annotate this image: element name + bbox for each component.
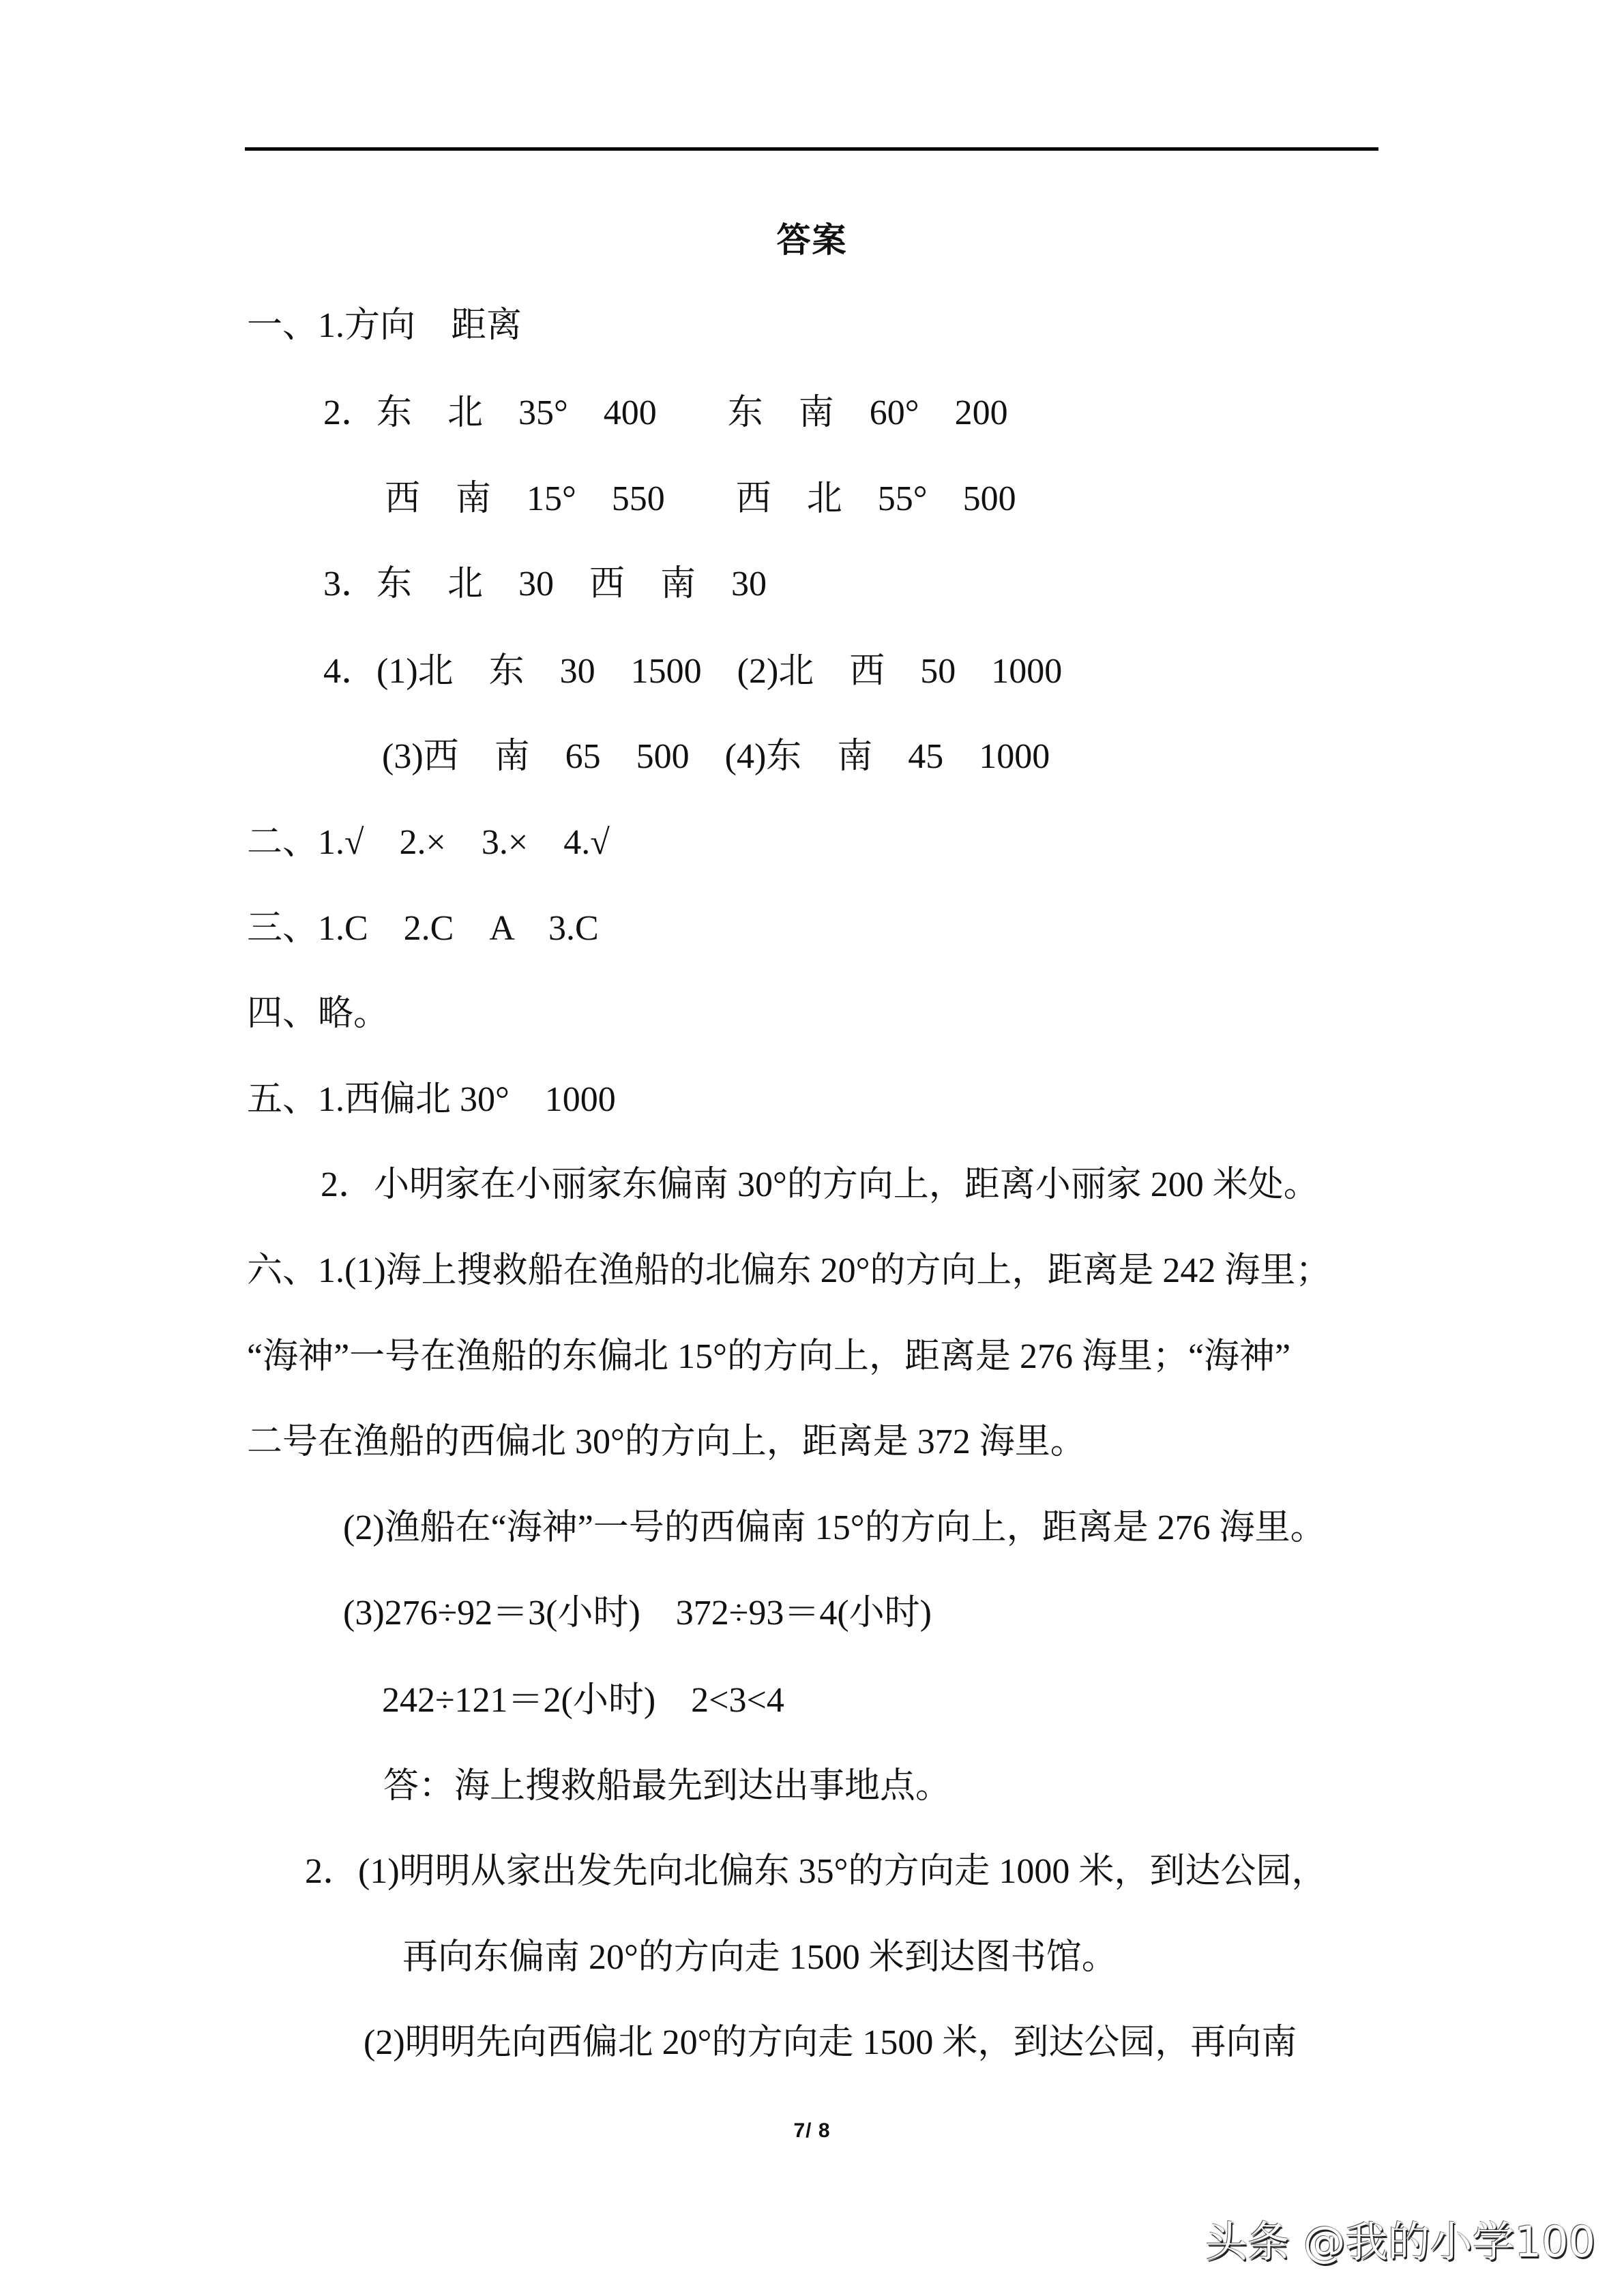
answer-section-6-item-1-part-1-row-3: 二号在渔船的西偏北 30°的方向上，距离是 372 海里。 (247, 1420, 1086, 1464)
answer-section-5-item-1: 五、1.西偏北 30° 1000 (247, 1078, 616, 1122)
answer-section-6-item-1-part-3-row-1: (3)276÷92＝3(小时) 372÷93＝4(小时) (343, 1592, 932, 1635)
answer-section-1-item-4-row-1: 4．(1)北 东 30 1500 (2)北 西 50 1000 (323, 650, 1062, 694)
answer-section-3: 三、1.C 2.C A 3.C (247, 907, 599, 951)
answer-section-5-item-2: 2．小明家在小丽家东偏南 30°的方向上，距离小丽家 200 米处。 (321, 1163, 1319, 1207)
watermark: 头条 @我的小学100 (1205, 2218, 1595, 2267)
answer-section-6-item-2-part-2: (2)明明先向西偏北 20°的方向走 1500 米，到达公园，再向南 (364, 2021, 1297, 2065)
page-number: 7/ 8 (0, 2119, 1624, 2143)
answer-section-2: 二、1.√ 2.× 3.× 4.√ (247, 821, 610, 865)
answer-section-1-item-2-row-2: 西 南 15° 550 西 北 55° 500 (385, 477, 1016, 521)
answer-section-6-item-1-part-1-row-1: 六、1.(1)海上搜救船在渔船的北偏东 20°的方向上，距离是 242 海里； (247, 1249, 1331, 1293)
header-rule (245, 147, 1378, 151)
answer-section-6-item-1-part-3-conclusion: 答：海上搜救船最先到达出事地点。 (383, 1765, 951, 1808)
answer-section-6-item-1-part-2: (2)渔船在“海神”一号的西偏南 15°的方向上，距离是 276 海里。 (343, 1506, 1326, 1550)
answer-section-1-item-1: 一、1.方向 距离 (247, 304, 522, 348)
answer-section-6-item-1-part-1-row-2: “海神”一号在渔船的东偏北 15°的方向上，距离是 276 海里；“海神” (247, 1335, 1290, 1379)
answer-section-6-item-1-part-3-row-2: 242÷121＝2(小时) 2<3<4 (382, 1679, 784, 1723)
answer-section-1-item-2-row-1: 2．东 北 35° 400 东 南 60° 200 (323, 391, 1008, 435)
page-title: 答案 (0, 220, 1624, 260)
answer-section-6-item-2-part-1-row-2: 再向东偏南 20°的方向走 1500 米到达图书馆。 (402, 1936, 1117, 1980)
answer-section-1-item-4-row-2: (3)西 南 65 500 (4)东 南 45 1000 (382, 735, 1050, 779)
answer-section-4: 四、略。 (247, 992, 389, 1036)
answer-section-6-item-2-part-1-row-1: 2．(1)明明从家出发先向北偏东 35°的方向走 1000 米，到达公园， (305, 1850, 1327, 1894)
answer-section-1-item-3: 3．东 北 30 西 南 30 (323, 563, 767, 606)
